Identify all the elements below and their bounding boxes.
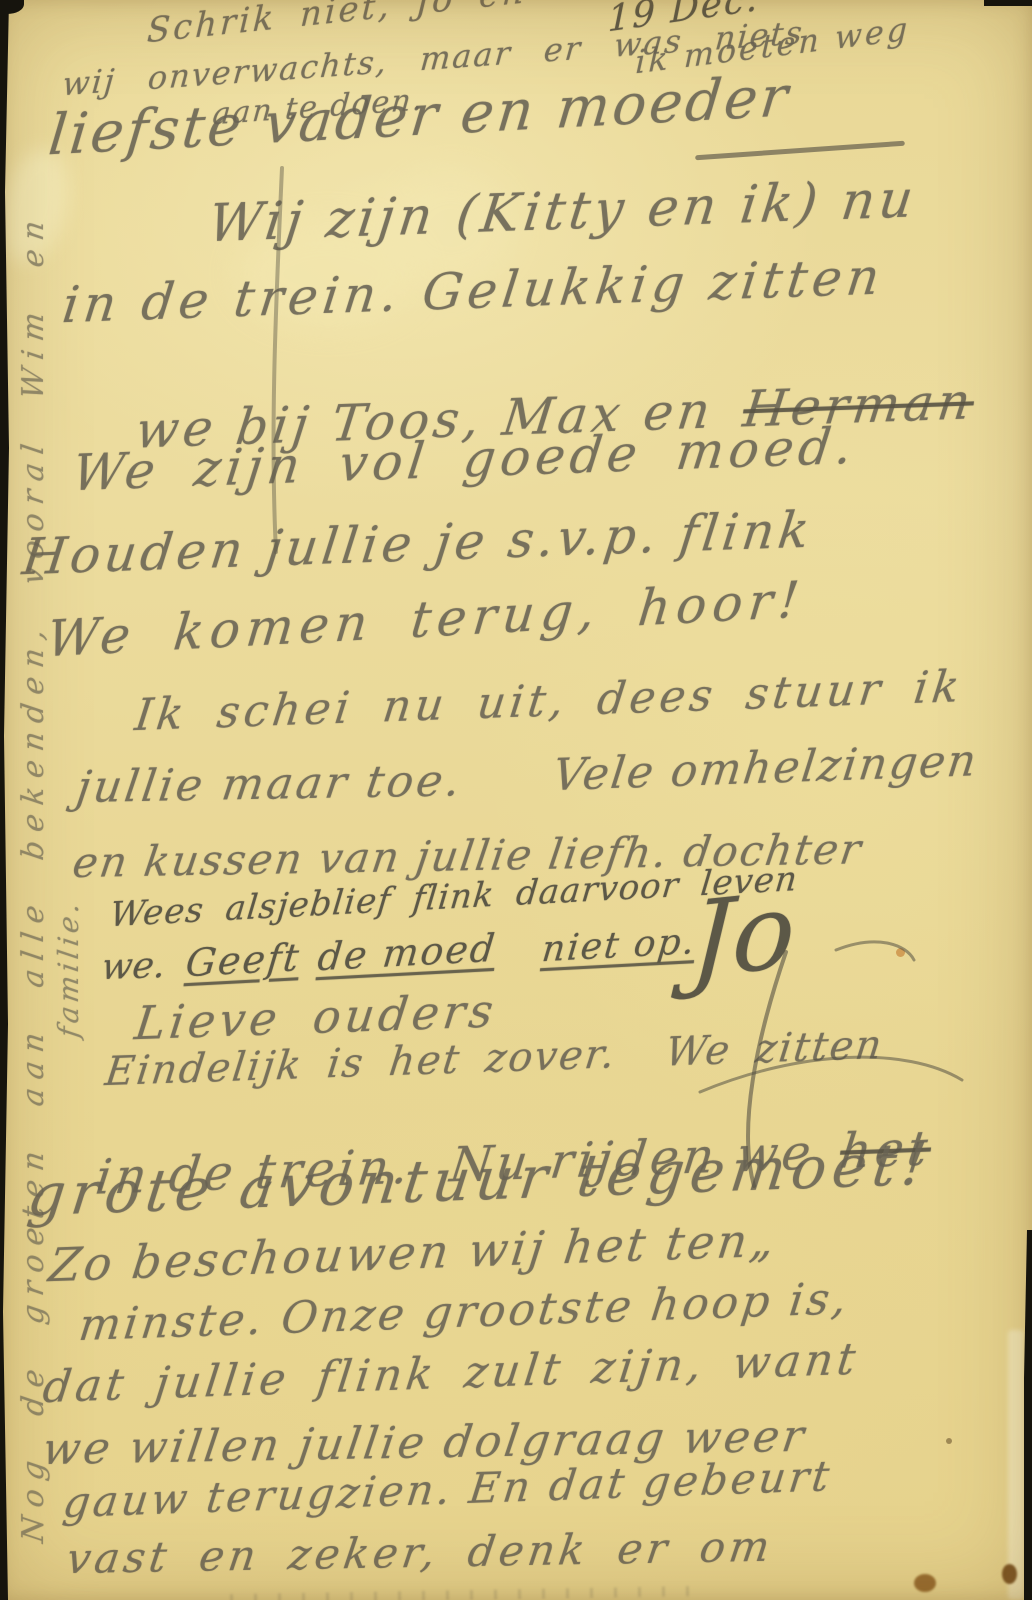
stain-brown-large [914,1574,936,1592]
body-line-8b: Vele omhelzingen [551,739,981,798]
scan-edge-top-right [984,0,1032,6]
body-line-1: Wij zijn (Kitty en ik) nu [206,173,920,250]
addendum-niet-op-underlined: niet op. [540,924,698,968]
stain-brown-small [1002,1564,1017,1584]
body-line-5: Houden jullie je s.v.p. flink [20,504,816,582]
body-line-7: Ik schei nu uit, dees stuur ik [133,665,966,738]
body-line-2: in de trein. Gelukkig zitten [60,251,887,330]
stain-dark-speck [946,1438,952,1444]
light-strip-right [1008,1330,1024,1600]
scanned-handwritten-letter: Nog de groeten aan alle bekenden, vooral… [0,0,1032,1600]
scan-edge-left [0,0,10,1600]
body-line-8a: jullie maar toe. [74,759,466,810]
addendum-geeft-underlined: Geeft [184,938,303,982]
margin-note-line2: familie. [52,897,85,1040]
letter2-line-6: dat jullie flink zult zijn, want [41,1338,862,1411]
scan-edge-right [1024,1230,1032,1600]
signature-jo: Jo [688,877,797,993]
body-line-6: We komen terug, hoor! [45,574,808,664]
addendum-de-moed-underlined: de moed [316,929,498,977]
cutoff-line-ghost [230,1586,710,1600]
letter2-line-9: vast en zeker, denk er om [64,1526,776,1580]
scan-edge-top-left-notch [0,0,24,14]
salutation-dash-stroke [695,141,905,161]
addendum-we: we. [100,948,168,986]
stain-rust-speck [896,948,905,957]
margin-note-line1: Nog de groeten aan alle bekenden, vooral… [16,209,51,1544]
